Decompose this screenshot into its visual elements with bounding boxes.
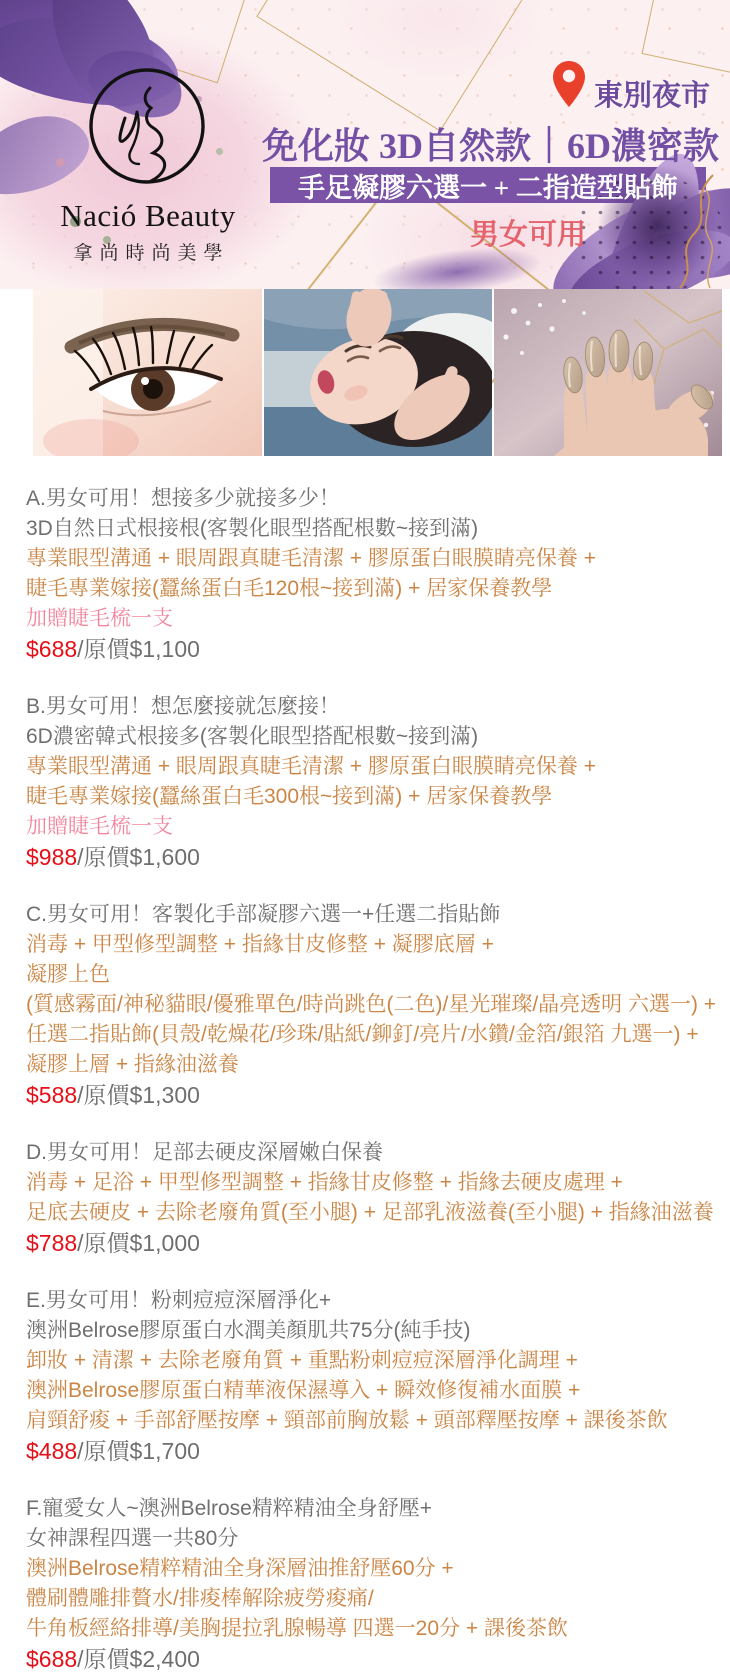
price-sale: $588 <box>26 1082 77 1108</box>
service-line-heading: F.寵愛女人~澳洲Belrose精粹精油全身舒壓+ <box>26 1494 724 1524</box>
price-sale: $688 <box>26 1646 77 1672</box>
service-line-detail: 消毒 + 甲型修型調整 + 指緣甘皮修整 + 凝膠底層 + <box>26 930 724 960</box>
service-section: A.男女可用！想接多少就接多少！3D自然日式根接根(客製化眼型搭配根數~接到滿)… <box>26 484 724 664</box>
price-line: $788/原價$1,000 <box>26 1228 724 1258</box>
service-line-detail: 睫毛專業嫁接(蠶絲蛋白毛120根~接到滿) + 居家保養教學 <box>26 574 724 604</box>
service-line-detail: 牛角板經絡排導/美胸提拉乳腺暢導 四選一20分 + 課後茶飲 <box>26 1614 724 1644</box>
section-lines: B.男女可用！想怎麼接就怎麼接！6D濃密韓式根接多(客製化眼型搭配根數~接到滿)… <box>26 692 724 842</box>
price-sale: $988 <box>26 844 77 870</box>
service-line-detail: 足底去硬皮 + 去除老廢角質(至小腿) + 足部乳液滋養(至小腿) + 指緣油滋… <box>26 1198 724 1228</box>
service-line-detail: 睫毛專業嫁接(蠶絲蛋白毛300根~接到滿) + 居家保養教學 <box>26 782 724 812</box>
section-lines: E.男女可用！粉刺痘痘深層淨化+澳洲Belrose膠原蛋白水潤美顏肌共75分(純… <box>26 1286 724 1436</box>
service-line-heading: E.男女可用！粉刺痘痘深層淨化+ <box>26 1286 724 1316</box>
price-original: /原價$1,100 <box>77 636 200 662</box>
manicured-nails-photo <box>494 289 722 456</box>
audience-label: 男女可用 <box>470 212 586 253</box>
service-line-detail: 專業眼型溝通 + 眼周跟真睫毛清潔 + 膠原蛋白眼膜睛亮保養 + <box>26 544 724 574</box>
price-line: $988/原價$1,600 <box>26 842 724 872</box>
brand-name: Nació Beauty <box>18 198 278 234</box>
service-line-detail: 消毒 + 足浴 + 甲型修型調整 + 指緣甘皮修整 + 指緣去硬皮處理 + <box>26 1168 724 1198</box>
service-line-detail: 澳洲Belrose精粹精油全身深層油推舒壓60分 + <box>26 1554 724 1584</box>
photo-strip <box>0 289 730 456</box>
section-lines: A.男女可用！想接多少就接多少！3D自然日式根接根(客製化眼型搭配根數~接到滿)… <box>26 484 724 634</box>
price-line: $588/原價$1,300 <box>26 1080 724 1110</box>
service-line-detail: 凝膠上層 + 指緣油滋養 <box>26 1050 724 1080</box>
service-line-detail: 凝膠上色 <box>26 960 724 990</box>
brand-monogram <box>87 66 207 186</box>
location-pin-icon <box>552 60 586 108</box>
service-line-detail: 任選二指貼飾(貝殼/乾燥花/珍珠/貼紙/鉚釘/亮片/水鑽/金箔/銀箔 九選一) … <box>26 1020 724 1050</box>
section-lines: D.男女可用！足部去硬皮深層嫩白保養消毒 + 足浴 + 甲型修型調整 + 指緣甘… <box>26 1138 724 1228</box>
brand-subtitle: 拿尚時尚美學 <box>18 238 278 265</box>
price-original: /原價$2,400 <box>77 1646 200 1672</box>
service-line-heading: B.男女可用！想怎麼接就怎麼接！ <box>26 692 724 722</box>
price-sale: $488 <box>26 1438 77 1464</box>
service-line-detail: 體刷體雕排贅水/排痠棒解除疲勞痠痛/ <box>26 1584 724 1614</box>
service-line-heading: D.男女可用！足部去硬皮深層嫩白保養 <box>26 1138 724 1168</box>
service-line-heading: 6D濃密韓式根接多(客製化眼型搭配根數~接到滿) <box>26 722 724 752</box>
service-section: E.男女可用！粉刺痘痘深層淨化+澳洲Belrose膠原蛋白水潤美顏肌共75分(純… <box>26 1286 724 1466</box>
brand-logo <box>87 66 207 186</box>
service-line-heading: C.男女可用！客製化手部凝膠六選一+任選二指貼飾 <box>26 900 724 930</box>
service-line-heading: 3D自然日式根接根(客製化眼型搭配根數~接到滿) <box>26 514 724 544</box>
price-original: /原價$1,600 <box>77 844 200 870</box>
facial-massage-photo <box>264 289 492 456</box>
service-line-detail: (質感霧面/神秘貓眼/優雅單色/時尚跳色(二色)/星光璀璨/晶亮透明 六選一) … <box>26 990 724 1020</box>
price-original: /原價$1,300 <box>77 1082 200 1108</box>
price-line: $688/原價$1,100 <box>26 634 724 664</box>
price-sale: $788 <box>26 1230 77 1256</box>
price-line: $688/原價$2,400 <box>26 1644 724 1674</box>
promo-flyer: Nació Beauty 拿尚時尚美學 東別夜市 免化妝 3D自然款｜6D濃密款… <box>0 0 730 1680</box>
service-line-detail: 澳洲Belrose膠原蛋白精華液保濕導入 + 瞬效修復補水面膜 + <box>26 1376 724 1406</box>
service-line-bonus: 加贈睫毛梳一支 <box>26 812 724 842</box>
service-line-detail: 卸妝 + 清潔 + 去除老廢角質 + 重點粉刺痘痘深層淨化調理 + <box>26 1346 724 1376</box>
header: Nació Beauty 拿尚時尚美學 東別夜市 免化妝 3D自然款｜6D濃密款… <box>0 0 730 289</box>
subtitle-banner: 手足凝膠六選一 + 二指造型貼飾 <box>270 167 706 203</box>
service-section: B.男女可用！想怎麼接就怎麼接！6D濃密韓式根接多(客製化眼型搭配根數~接到滿)… <box>26 692 724 872</box>
price-line: $488/原價$1,700 <box>26 1436 724 1466</box>
section-lines: C.男女可用！客製化手部凝膠六選一+任選二指貼飾消毒 + 甲型修型調整 + 指緣… <box>26 900 724 1080</box>
service-line-heading: 澳洲Belrose膠原蛋白水潤美顏肌共75分(純手技) <box>26 1316 724 1346</box>
service-section: C.男女可用！客製化手部凝膠六選一+任選二指貼飾消毒 + 甲型修型調整 + 指緣… <box>26 900 724 1110</box>
main-title: 免化妝 3D自然款｜6D濃密款 <box>262 118 719 169</box>
service-line-bonus: 加贈睫毛梳一支 <box>26 604 724 634</box>
price-original: /原價$1,000 <box>77 1230 200 1256</box>
price-original: /原價$1,700 <box>77 1438 200 1464</box>
service-line-detail: 肩頸舒痠 + 手部舒壓按摩 + 頸部前胸放鬆 + 頭部釋壓按摩 + 課後茶飲 <box>26 1406 724 1436</box>
service-line-detail: 專業眼型溝通 + 眼周跟真睫毛清潔 + 膠原蛋白眼膜睛亮保養 + <box>26 752 724 782</box>
service-section: D.男女可用！足部去硬皮深層嫩白保養消毒 + 足浴 + 甲型修型調整 + 指緣甘… <box>26 1138 724 1258</box>
service-section: F.寵愛女人~澳洲Belrose精粹精油全身舒壓+女神課程四選一共80分澳洲Be… <box>26 1494 724 1674</box>
location-label: 東別夜市 <box>594 73 710 114</box>
services-list: A.男女可用！想接多少就接多少！3D自然日式根接根(客製化眼型搭配根數~接到滿)… <box>26 484 724 1674</box>
section-lines: F.寵愛女人~澳洲Belrose精粹精油全身舒壓+女神課程四選一共80分澳洲Be… <box>26 1494 724 1644</box>
price-sale: $688 <box>26 636 77 662</box>
service-line-heading: A.男女可用！想接多少就接多少！ <box>26 484 724 514</box>
service-line-heading: 女神課程四選一共80分 <box>26 1524 724 1554</box>
eyelash-extension-photo <box>33 289 262 456</box>
